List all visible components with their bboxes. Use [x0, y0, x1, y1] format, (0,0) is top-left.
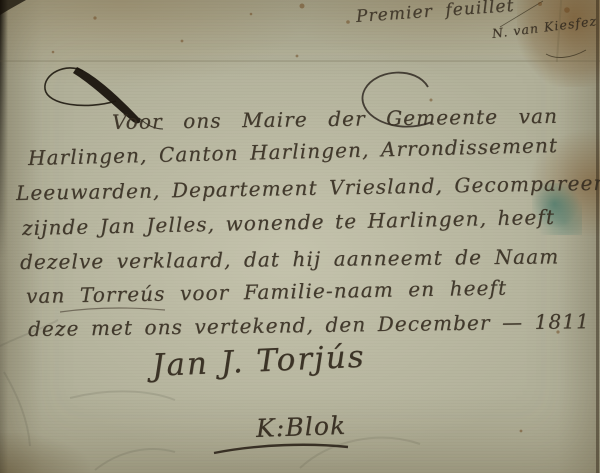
stain-bottom-left [0, 433, 90, 473]
manuscript-line-6: van Torreús voor Familie-naam en heeft [26, 276, 508, 308]
horizontal-fold-crease [0, 60, 600, 62]
clerk-annotation-signature: N. van Kiesfez [491, 13, 598, 41]
manuscript-line-7: deze met ons vertekend, den December — 1… [28, 309, 590, 341]
page-edge-right [596, 0, 599, 473]
declarant-signature: Jan J. Torjús [151, 339, 366, 384]
manuscript-line-4: zijnde Jan Jelles, wonende te Harlingen,… [22, 205, 555, 240]
stain-top-right [517, 0, 600, 87]
manuscript-page: Premier feuillet N. van Kiesfez Voor ons… [0, 0, 600, 473]
manuscript-line-2: Harlingen, Canton Harlingen, Arrondissem… [28, 133, 559, 170]
corner-chip [0, 0, 26, 15]
annotation-underline-flourish [546, 50, 586, 57]
premier-feuillet-note: Premier feuillet [355, 0, 515, 27]
manuscript-line-1: Voor ons Maire der Gemeente van [112, 104, 558, 134]
signature-underline [214, 445, 348, 453]
opening-flourish-loop [45, 68, 116, 106]
surname-underline [60, 308, 165, 312]
page-edge-left [0, 0, 8, 473]
manuscript-line-3: Leeuwarden, Departement Vriesland, Gecom… [16, 170, 600, 205]
official-signature: K:Blok [255, 411, 346, 443]
manuscript-line-5: dezelve verklaard, dat hij aanneemt de N… [20, 244, 559, 274]
